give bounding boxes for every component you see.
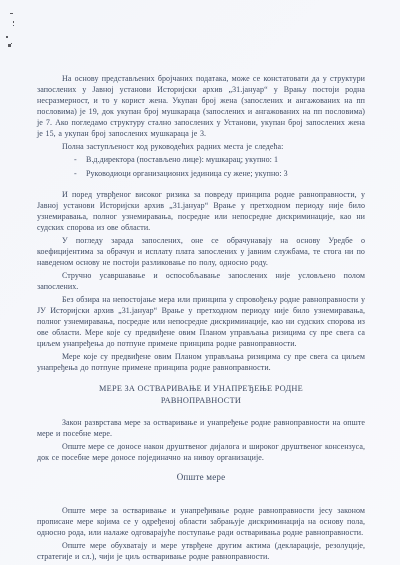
ink-speck xyxy=(6,36,8,38)
paragraph-measures-goal: Мере које су предвиђене овим Планом упра… xyxy=(37,351,365,373)
paragraph-workforce-structure: На основу представљених бројчаних подата… xyxy=(37,73,365,139)
bullet-dash-icon: - xyxy=(74,168,86,179)
paragraph-training: Стручно усавршавање и оспособљавање запо… xyxy=(37,270,365,292)
list-item-text: В.д.директора (постављено лице): мушкара… xyxy=(86,154,278,165)
paragraph-risk-no-harassment: И поред утврђеног високог ризика за повр… xyxy=(37,189,365,233)
ink-speck xyxy=(11,43,12,44)
bullet-list: - В.д.директора (постављено лице): мушка… xyxy=(74,154,365,179)
paragraph-law-classification: Закон разврстава мере за остваривање и у… xyxy=(37,417,365,439)
list-item-unit-heads: - Руководиоци организационих јединица су… xyxy=(74,168,365,179)
paragraph-measures-adoption: Опште мере се доносе након друштвеног ди… xyxy=(37,441,365,463)
paragraph-list-intro: Полна заступљеност код руководећих радни… xyxy=(37,141,365,152)
paragraph-measures-context: Без обзира на непостојање мера или принц… xyxy=(37,294,365,349)
paragraph-general-measures-definition: Опште мере за остваривање и унапређивање… xyxy=(37,505,365,538)
heading-measures-for-equality: МЕРЕ ЗА ОСТВАРИВАЊЕ И УНАПРЕЂЕЊЕ РОДНЕ Р… xyxy=(89,383,313,407)
list-item-text: Руководиоци организационих јединица су ж… xyxy=(86,168,288,179)
paragraph-general-measures-scope: Опште мере обухватају и мере утврђене др… xyxy=(37,540,365,562)
ink-speck xyxy=(13,21,14,23)
paragraph-salaries: У погледу зарада запослених, оне се обра… xyxy=(37,235,365,268)
bullet-dash-icon: - xyxy=(74,154,86,165)
document-content: На основу представљених бројчаних подата… xyxy=(37,73,365,564)
ink-speck xyxy=(8,44,11,47)
ink-speck xyxy=(10,13,13,14)
scanned-document-page: На основу представљених бројчаних подата… xyxy=(0,0,400,565)
list-item-director: - В.д.директора (постављено лице): мушка… xyxy=(74,154,365,165)
ink-speck xyxy=(13,25,14,26)
heading-general-measures: Опште мере xyxy=(37,471,365,483)
